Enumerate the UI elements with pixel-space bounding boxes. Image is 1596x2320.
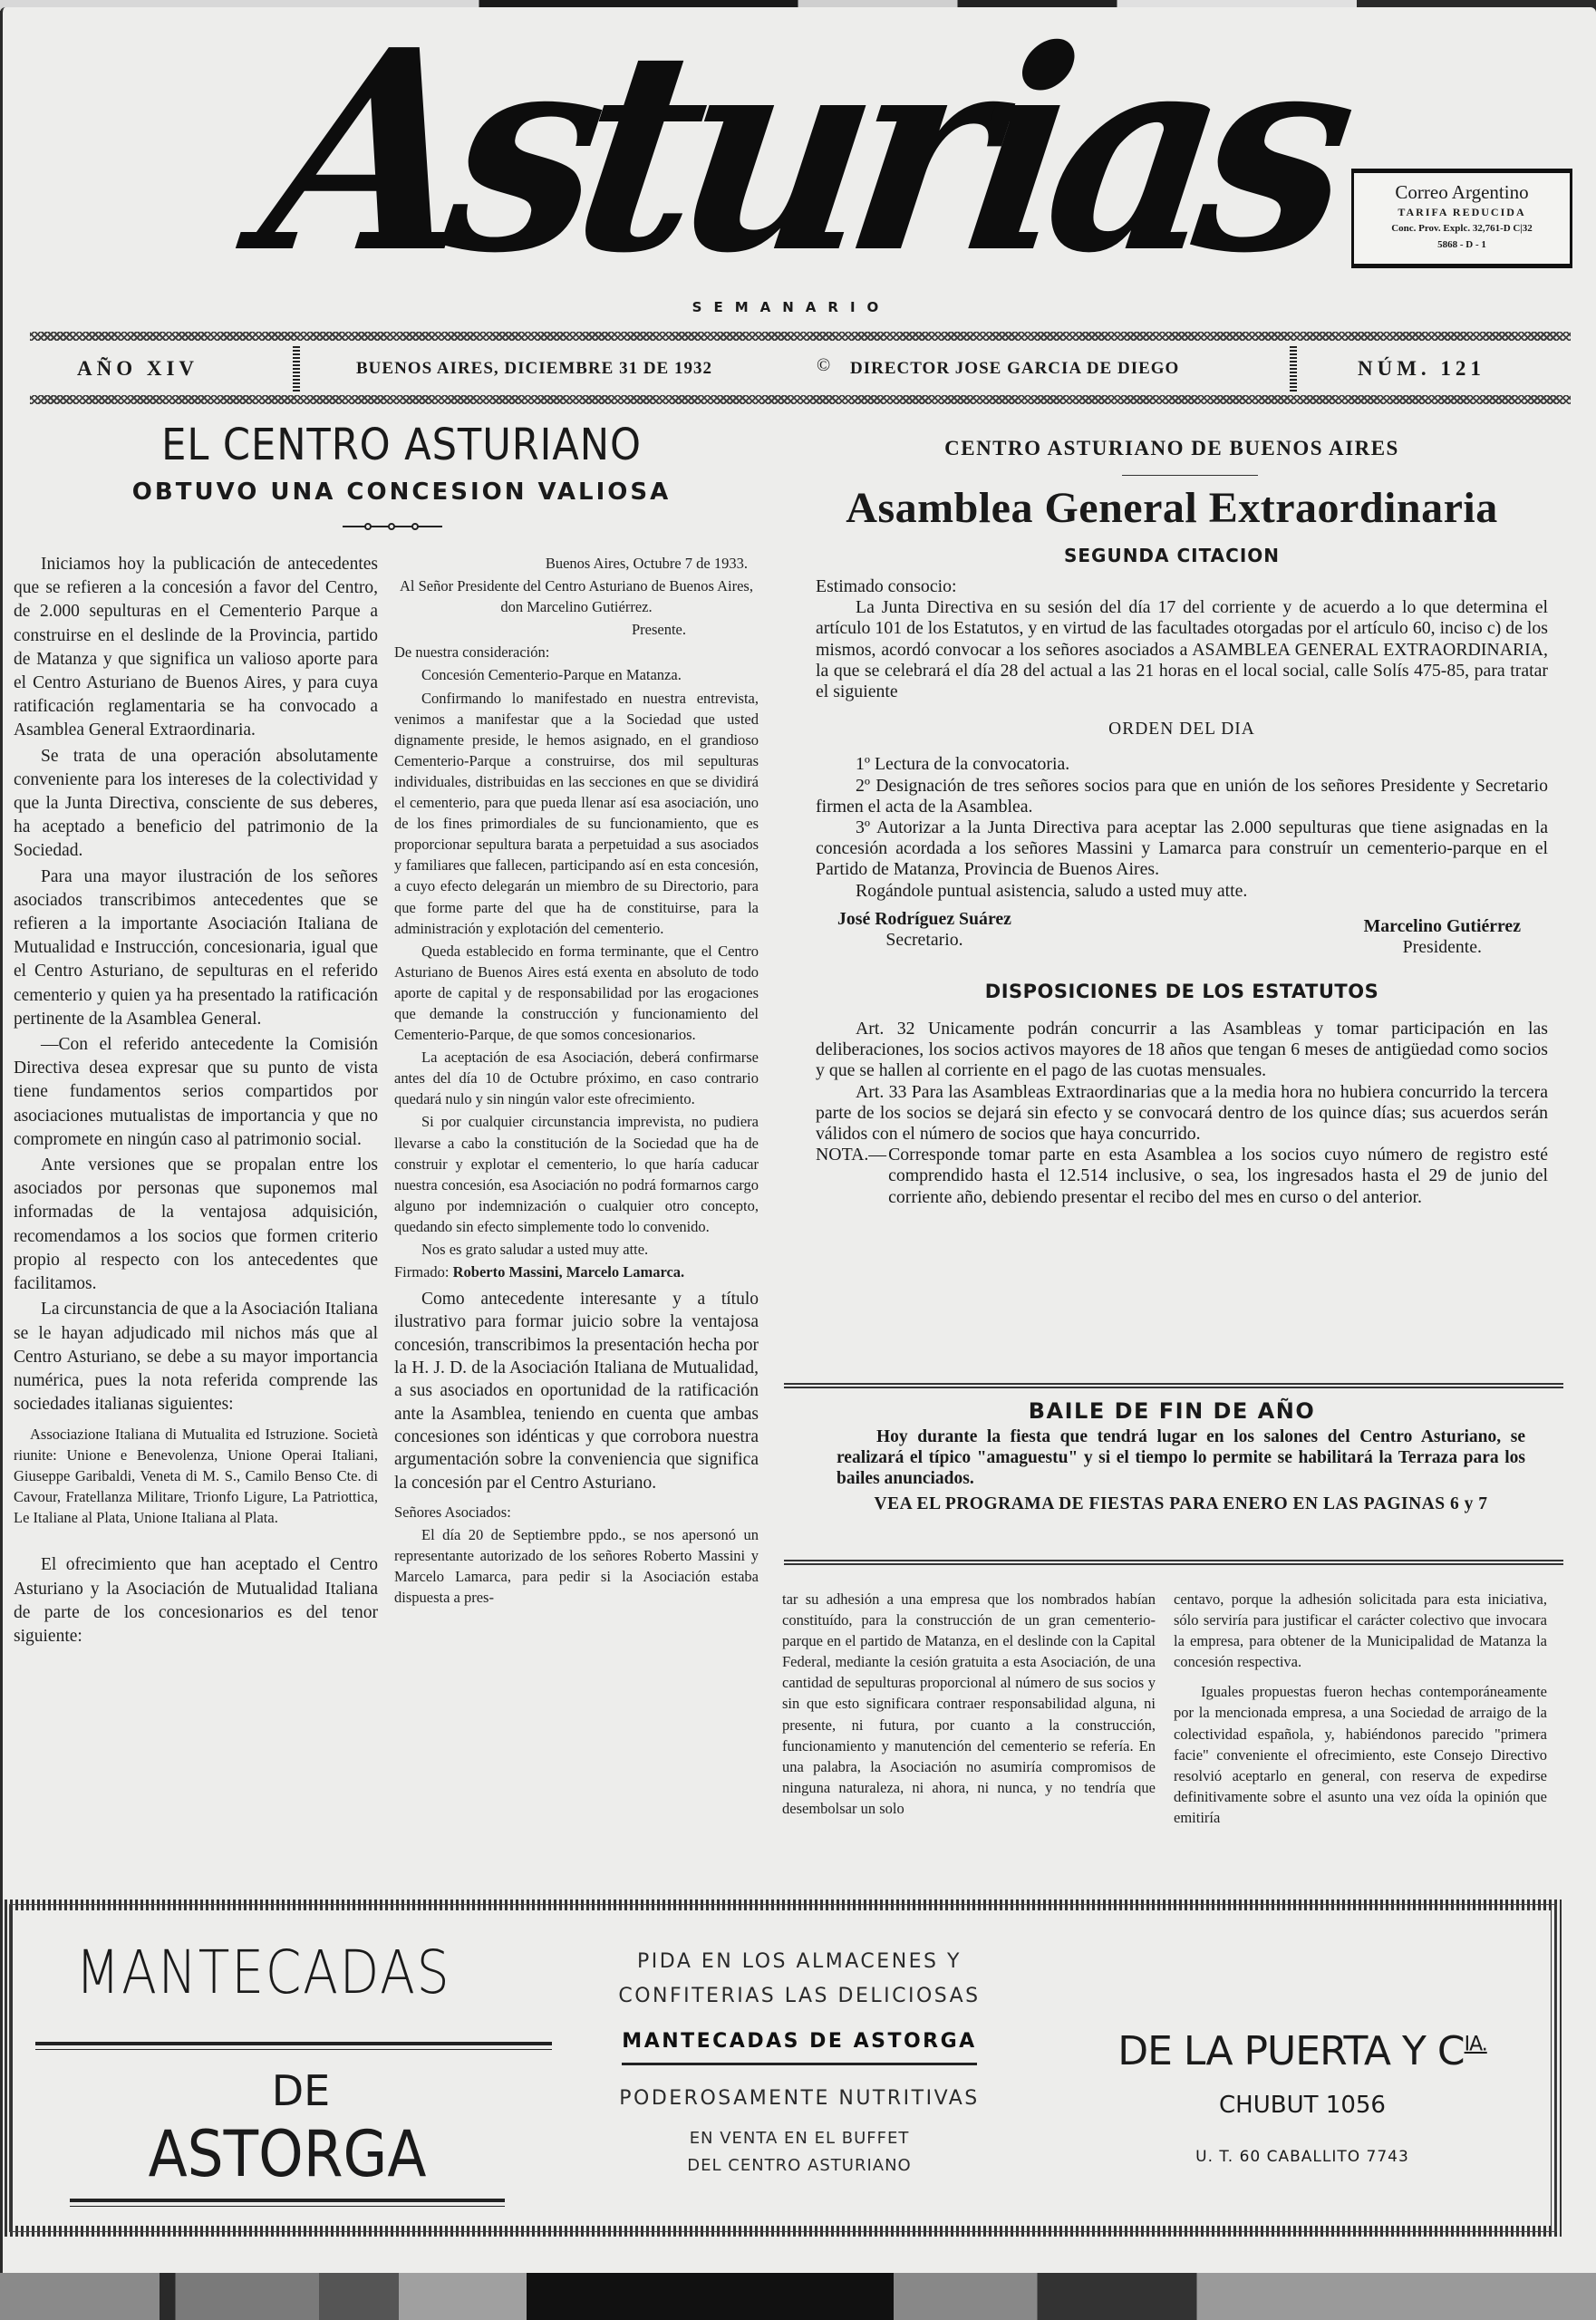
statutes-title: DISPOSICIONES DE LOS ESTATUTOS <box>816 981 1548 1002</box>
note-label: NOTA.— <box>816 1145 888 1208</box>
wavy-rule-bottom <box>30 395 1571 404</box>
issue-info-bar: AÑO XIV BUENOS AIRES, DICIEMBRE 31 DE 19… <box>30 344 1571 395</box>
signatures: José Rodríguez Suárez Secretario. Marcel… <box>816 909 1548 963</box>
president-title: Presidente. <box>1364 937 1521 958</box>
ad-brand-line-1: MANTECADAS <box>37 1938 489 2007</box>
ad-company-suffix: IA. <box>1465 2033 1487 2055</box>
ornament-divider-icon <box>343 520 442 533</box>
article-column-4: centavo, porque la adhesión solicitada p… <box>1174 1589 1547 1830</box>
paragraph: Ante versiones que se propalan entre los… <box>14 1154 378 1296</box>
notice-body: Estimado consocio: La Junta Directiva en… <box>816 576 1548 1208</box>
notice-title: Asamblea General Extraordinaria <box>800 483 1543 533</box>
paragraph: Si por cualquier circunstancia imprevist… <box>394 1111 759 1237</box>
ad-rule <box>70 2199 505 2207</box>
issue-year: AÑO XIV <box>77 357 198 381</box>
paragraph: Confirmando lo manifestado en nuestra en… <box>394 688 759 939</box>
wavy-rule-top <box>30 332 1571 341</box>
letter-signature: Firmado: Roberto Massini, Marcelo Lamarc… <box>394 1261 759 1282</box>
paragraph: La circunstancia de que a la Asociación … <box>14 1298 378 1416</box>
ad-company-name: DE LA PUERTA Y C <box>1117 2028 1464 2074</box>
secretary-name: José Rodríguez Suárez <box>837 909 1011 930</box>
letter-addressee: Al Señor Presidente del Centro Asturiano… <box>394 575 759 617</box>
ad-phone: U. T. 60 CABALLITO 7743 <box>1067 2148 1538 2166</box>
article-column-2: Buenos Aires, Octubre 7 de 1933. Al Seño… <box>394 553 759 1609</box>
ad-address: CHUBUT 1056 <box>1067 2092 1538 2119</box>
agenda-item: 1º Lectura de la convocatoria. <box>816 754 1548 775</box>
ad-brand-line-2: DE <box>133 2066 469 2115</box>
notice-greeting: Estimado consocio: <box>816 576 1548 597</box>
paragraph: Iguales propuestas fueron hechas contemp… <box>1174 1681 1547 1828</box>
signed-names: Roberto Massini, Marcelo Lamarca. <box>453 1263 685 1281</box>
statute-article: Art. 33 Para las Asambleas Extraordinari… <box>816 1082 1548 1145</box>
event-body: Hoy durante la fiesta que tendrá lugar e… <box>837 1426 1525 1489</box>
ad-copy-small: EN VENTA EN EL BUFFET DEL CENTRO ASTURIA… <box>595 2125 1003 2180</box>
notice-organization: CENTRO ASTURIANO DE BUENOS AIRES <box>800 437 1543 460</box>
note: NOTA.— Corresponde tomar parte en esta A… <box>816 1145 1548 1208</box>
paragraph: tar su adhesión a una empresa que los no… <box>782 1589 1156 1819</box>
article-column-1: Iniciamos hoy la publicación de antecede… <box>14 553 378 1650</box>
issue-director: DIRECTOR JOSE GARCIA DE DIEGO <box>850 359 1179 379</box>
postal-franking-box: Correo Argentino TARIFA REDUCIDA Conc. P… <box>1351 169 1572 268</box>
separator-icon: © <box>817 355 830 376</box>
postal-line-3: Conc. Prov. Explc. 32,761-D C|32 <box>1354 220 1570 237</box>
ad-company: DE LA PUERTA Y CIA. <box>1067 2028 1538 2074</box>
article-column-3: tar su adhesión a una empresa que los no… <box>782 1589 1156 1821</box>
ad-copy-emphasis: MANTECADAS DE ASTORGA <box>622 2025 976 2065</box>
paragraph: La Junta Directiva en su sesión del día … <box>816 597 1548 702</box>
italian-societies-list: Associazione Italiana di Mutualita ed Is… <box>14 1424 378 1528</box>
double-rule <box>784 1560 1563 1565</box>
advertisement: MANTECADAS DE ASTORGA PIDA EN LOS ALMACE… <box>5 1899 1562 2237</box>
paragraph: La aceptación de esa Asociación, deberá … <box>394 1047 759 1109</box>
ad-copy-line: PODEROSAMENTE NUTRITIVAS <box>595 2082 1003 2116</box>
ad-copy-line: EN VENTA EN EL BUFFET <box>595 2125 1003 2152</box>
notice-subtitle: SEGUNDA CITACION <box>800 545 1543 566</box>
paragraph: Iniciamos hoy la publicación de antecede… <box>14 553 378 743</box>
postal-line-4: 5868 - D - 1 <box>1354 237 1570 253</box>
note-text: Corresponde tomar parte en esta Asamblea… <box>888 1145 1548 1208</box>
ad-copy: PIDA EN LOS ALMACENES Y CONFITERIAS LAS … <box>595 1945 1003 2180</box>
letter-date: Buenos Aires, Octubre 7 de 1933. <box>394 553 759 574</box>
newspaper-page: Asturias SEMANARIO Correo Argentino TARI… <box>0 7 1596 2273</box>
issue-number: NÚM. 121 <box>1358 357 1485 381</box>
paragraph: Nos es grato saludar a usted muy atte. <box>394 1239 759 1260</box>
agenda-item: 2º Designación de tres señores socios pa… <box>816 776 1548 817</box>
paragraph: El ofrecimiento que han aceptado el Cent… <box>14 1553 378 1648</box>
postal-line-2: TARIFA REDUCIDA <box>1354 204 1570 220</box>
salutation: Señores Asociados: <box>394 1502 759 1522</box>
ad-rule <box>35 2042 552 2050</box>
postal-line-1: Correo Argentino <box>1354 180 1570 204</box>
scan-bottom-edge <box>0 2273 1596 2320</box>
newspaper-logo: Asturias <box>246 10 1355 295</box>
agenda-title: ORDEN DEL DIA <box>816 719 1548 739</box>
article-headline: EL CENTRO ASTURIANO <box>75 420 728 470</box>
paragraph: Para una mayor ilustración de los señore… <box>14 865 378 1031</box>
president-name: Marcelino Gutiérrez <box>1364 916 1521 937</box>
paragraph: Queda establecido en forma terminante, q… <box>394 941 759 1045</box>
issue-date: BUENOS AIRES, DICIEMBRE 31 DE 1932 <box>356 359 712 379</box>
paragraph: Se trata de una operación absolutamente … <box>14 745 378 864</box>
masthead: Asturias SEMANARIO Correo Argentino TARI… <box>3 7 1596 320</box>
wavy-divider-icon <box>293 346 300 393</box>
paragraph: El día 20 de Septiembre ppdo., se nos ap… <box>394 1524 759 1608</box>
paragraph: Como antecedente interesante y a título … <box>394 1288 759 1494</box>
paragraph: —Con el referido antecedente la Comisión… <box>14 1033 378 1152</box>
secretary-signature: José Rodríguez Suárez Secretario. <box>837 909 1011 951</box>
masthead-subtitle: SEMANARIO <box>637 299 945 315</box>
ad-brand-line-3: ASTORGA <box>108 2117 467 2191</box>
event-title: BAILE DE FIN DE AÑO <box>800 1398 1543 1424</box>
ad-copy-line: DEL CENTRO ASTURIANO <box>595 2152 1003 2180</box>
letter-subject: Concesión Cementerio-Parque en Matanza. <box>394 664 759 685</box>
statute-article: Art. 32 Unicamente podrán concurrir a la… <box>816 1019 1548 1082</box>
signed-label: Firmado: <box>394 1263 450 1281</box>
president-signature: Marcelino Gutiérrez Presidente. <box>1364 916 1521 958</box>
divider <box>1122 475 1258 476</box>
agenda-item: 3º Autorizar a la Junta Directiva para a… <box>816 817 1548 881</box>
paragraph: Rogándole puntual asistencia, saludo a u… <box>816 881 1548 902</box>
article-subheadline: OBTUVO UNA CONCESION VALIOSA <box>39 478 764 506</box>
ad-copy-line: CONFITERIAS LAS DELICIOSAS <box>595 1979 1003 2014</box>
event-call-to-action: VEA EL PROGRAMA DE FIESTAS PARA ENERO EN… <box>818 1493 1543 1515</box>
letter-presente: Presente. <box>394 619 759 640</box>
ad-copy-line: PIDA EN LOS ALMACENES Y <box>595 1945 1003 1979</box>
secretary-title: Secretario. <box>837 930 1011 951</box>
wavy-divider-icon <box>1290 346 1297 393</box>
paragraph: centavo, porque la adhesión solicitada p… <box>1174 1589 1547 1672</box>
event-text: Hoy durante la fiesta que tendrá lugar e… <box>837 1426 1525 1489</box>
letter-greeting: De nuestra consideración: <box>394 642 759 662</box>
double-rule <box>784 1383 1563 1388</box>
